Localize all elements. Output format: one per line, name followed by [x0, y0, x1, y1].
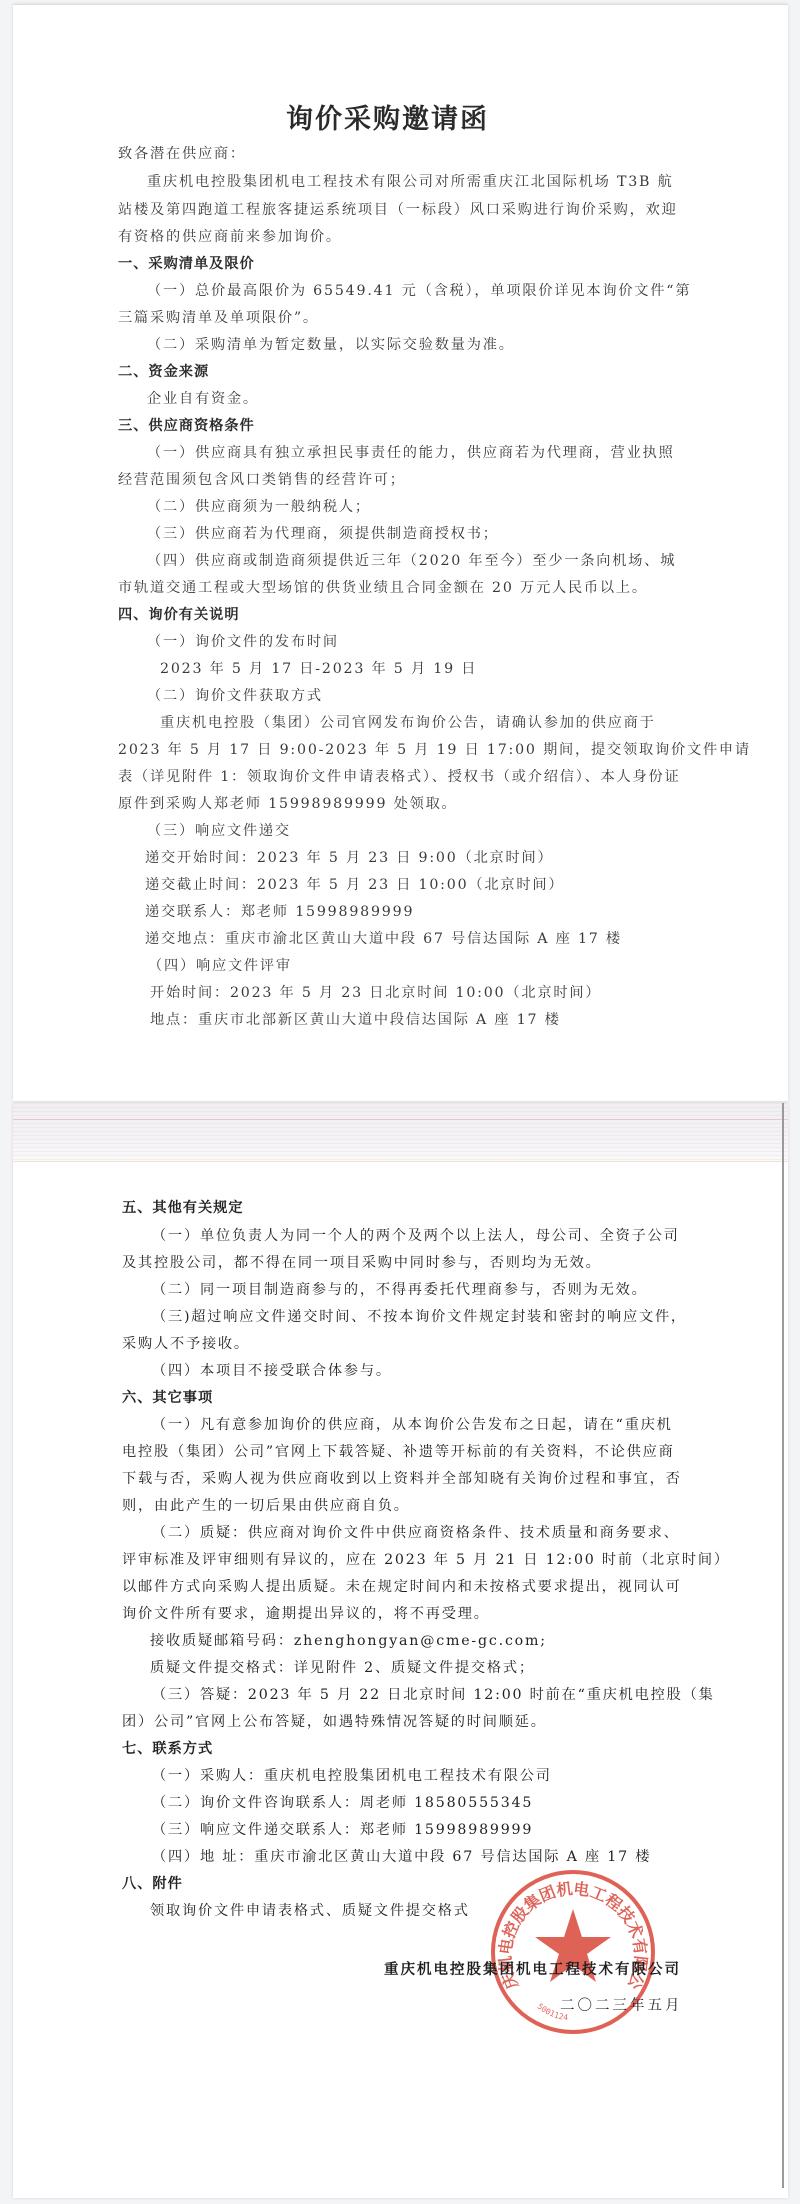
section-line: 市轨道交通工程或大型场馆的供货业绩且合同金额在 20 万元人民币以上。 — [118, 577, 648, 597]
section-line: （三）响应文件递交 — [147, 820, 291, 840]
section-line: （三）供应商若为代理商，须提供制造商授权书； — [147, 523, 499, 543]
section-line: 企业自有资金。 — [147, 388, 259, 408]
section-line: 2023 年 5 月 17 日 9:00-2023 年 5 月 19 日 17:… — [118, 739, 751, 759]
intro-line: 有资格的供应商前来参加询价。 — [118, 226, 342, 246]
section-line: 开始时间：2023 年 5 月 23 日北京时间 10:00（北京时间） — [150, 982, 601, 1002]
section-line: （一）单位负责人为同一个人的两个及两个以上法人，母公司、全资子公司 — [152, 1225, 680, 1245]
section-line: 经营范围须包含风口类销售的经营许可； — [118, 469, 406, 489]
salutation: 致各潜在供应商： — [118, 143, 246, 163]
section-line: （四）本项目不接受联合体参与。 — [152, 1360, 392, 1380]
intro-line: 站楼及第四跑道工程旅客捷运系统项目（一标段）风口采购进行询价采购，欢迎 — [118, 199, 678, 219]
section-line: 三篇采购清单及单项限价”。 — [118, 307, 319, 327]
section-line: （一）采购人：重庆机电控股集团机电工程技术有限公司 — [152, 1765, 552, 1785]
intro-line: 重庆机电控股集团机电工程技术有限公司对所需重庆江北国际机场 T3B 航 — [147, 171, 674, 191]
section-line: 及其控股公司，都不得在同一项目采购中同时参与，否则均为无效。 — [122, 1252, 602, 1272]
section-line: （二）询价文件咨询联系人：周老师 18580555345 — [152, 1792, 533, 1812]
section-line: 评审标准及评审细则有异议的，应在 2023 年 5 月 21 日 12:00 时… — [122, 1549, 730, 1569]
section-line: 重庆机电控股（集团）公司官网发布询价公告，请确认参加的供应商于 — [160, 712, 656, 732]
section-line: （二）同一项目制造商参与的，不得再委托代理商参与，否则为无效。 — [152, 1279, 648, 1299]
section-line: 下载与否，采购人视为供应商收到以上资料并全部知晓有关询价过程和事宜，否 — [122, 1468, 682, 1488]
scan-artifact-band — [13, 1103, 788, 1162]
section-line: 团）公司”官网上公布答疑，如遇特殊情况答疑的时间顺延。 — [122, 1711, 547, 1731]
section-heading: 二、资金来源 — [118, 361, 209, 381]
section-line: （一）凡有意参加询价的供应商，从本询价公告发布之日起，请在“重庆机 — [152, 1414, 673, 1434]
section-line: 质疑文件提交格式：详见附件 2、质疑文件提交格式； — [150, 1657, 535, 1677]
section-line: （四）供应商或制造商须提供近三年（2020 年至今）至少一条向机场、城 — [147, 550, 676, 570]
section-line: （四）响应文件评审 — [148, 955, 292, 975]
section-line: 2023 年 5 月 17 日-2023 年 5 月 19 日 — [160, 658, 477, 678]
section-line: （二）采购清单为暂定数量，以实际交验数量为准。 — [147, 334, 515, 354]
section-line: （二）询价文件获取方式 — [147, 685, 323, 705]
section-heading: 六、其它事项 — [122, 1387, 213, 1407]
section-line: 递交地点：重庆市渝北区黄山大道中段 67 号信达国际 A 座 17 楼 — [145, 928, 622, 948]
section-line: 递交截止时间：2023 年 5 月 23 日 10:00（北京时间） — [145, 874, 564, 894]
section-line: （一）总价最高限价为 65549.41 元（含税），单项限价详见本询价文件“第 — [147, 280, 691, 300]
section-line: 领取询价文件申请表格式、质疑文件提交格式 — [150, 1900, 470, 1920]
section-line: （三）响应文件递交联系人：郑老师 15998989999 — [152, 1819, 533, 1839]
section-line: （一）供应商具有独立承担民事责任的能力，供应商若为代理商，营业执照 — [147, 442, 675, 462]
section-line: （一）询价文件的发布时间 — [147, 631, 339, 651]
section-line: （四）地 址：重庆市渝北区黄山大道中段 67 号信达国际 A 座 17 楼 — [152, 1846, 651, 1866]
section-line: （二）供应商须为一般纳税人； — [147, 496, 371, 516]
section-heading: 一、采购清单及限价 — [118, 253, 255, 273]
section-line: 询价文件所有要求，逾期提出异议的，将不再受理。 — [122, 1603, 490, 1623]
section-heading: 四、询价有关说明 — [118, 604, 240, 624]
scan-edge-shadow — [782, 1103, 784, 2188]
section-line: （三)超过响应文件递交时间、不按本询价文件规定封装和密封的响应文件， — [152, 1306, 687, 1326]
section-line: 则，由此产生的一切后果由供应商自负。 — [122, 1495, 410, 1515]
section-heading: 七、联系方式 — [122, 1738, 213, 1758]
signing-date: 二〇二三年五月 — [560, 1994, 683, 2015]
section-line: 表（详见附件 1：领取询价文件申请表格式）、授权书（或介绍信）、本人身份证 — [118, 766, 681, 786]
section-line: 采购人不予接收。 — [122, 1333, 250, 1353]
section-line: 递交联系人：郑老师 15998989999 — [145, 901, 414, 921]
page-title: 询价采购邀请函 — [0, 97, 775, 136]
section-line: 地点：重庆市北部新区黄山大道中段信达国际 A 座 17 楼 — [150, 1009, 561, 1029]
email-line: 接收质疑邮箱号码：zhenghongyan@cme-gc.com; — [150, 1630, 547, 1650]
section-line: 原件到采购人郑老师 15998989999 处领取。 — [118, 793, 458, 813]
section-line: 以邮件方式向采购人提出质疑。未在规定时间内和未按格式要求提出，视同认可 — [122, 1576, 682, 1596]
section-heading: 五、其他有关规定 — [122, 1197, 244, 1217]
signing-company: 重庆机电控股集团机电工程技术有限公司 — [384, 1958, 681, 1979]
section-heading: 八、附件 — [122, 1873, 183, 1893]
section-line: （二）质疑：供应商对询价文件中供应商资格条件、技术质量和商务要求、 — [152, 1522, 680, 1542]
section-heading: 三、供应商资格条件 — [118, 415, 255, 435]
section-line: 递交开始时间：2023 年 5 月 23 日 9:00（北京时间） — [145, 847, 554, 867]
section-line: （三）答疑：2023 年 5 月 22 日北京时间 12:00 时前在“重庆机电… — [152, 1684, 715, 1704]
section-line: 电控股（集团）公司”官网上下载答疑、补遗等开标前的有关资料，不论供应商 — [122, 1441, 675, 1461]
